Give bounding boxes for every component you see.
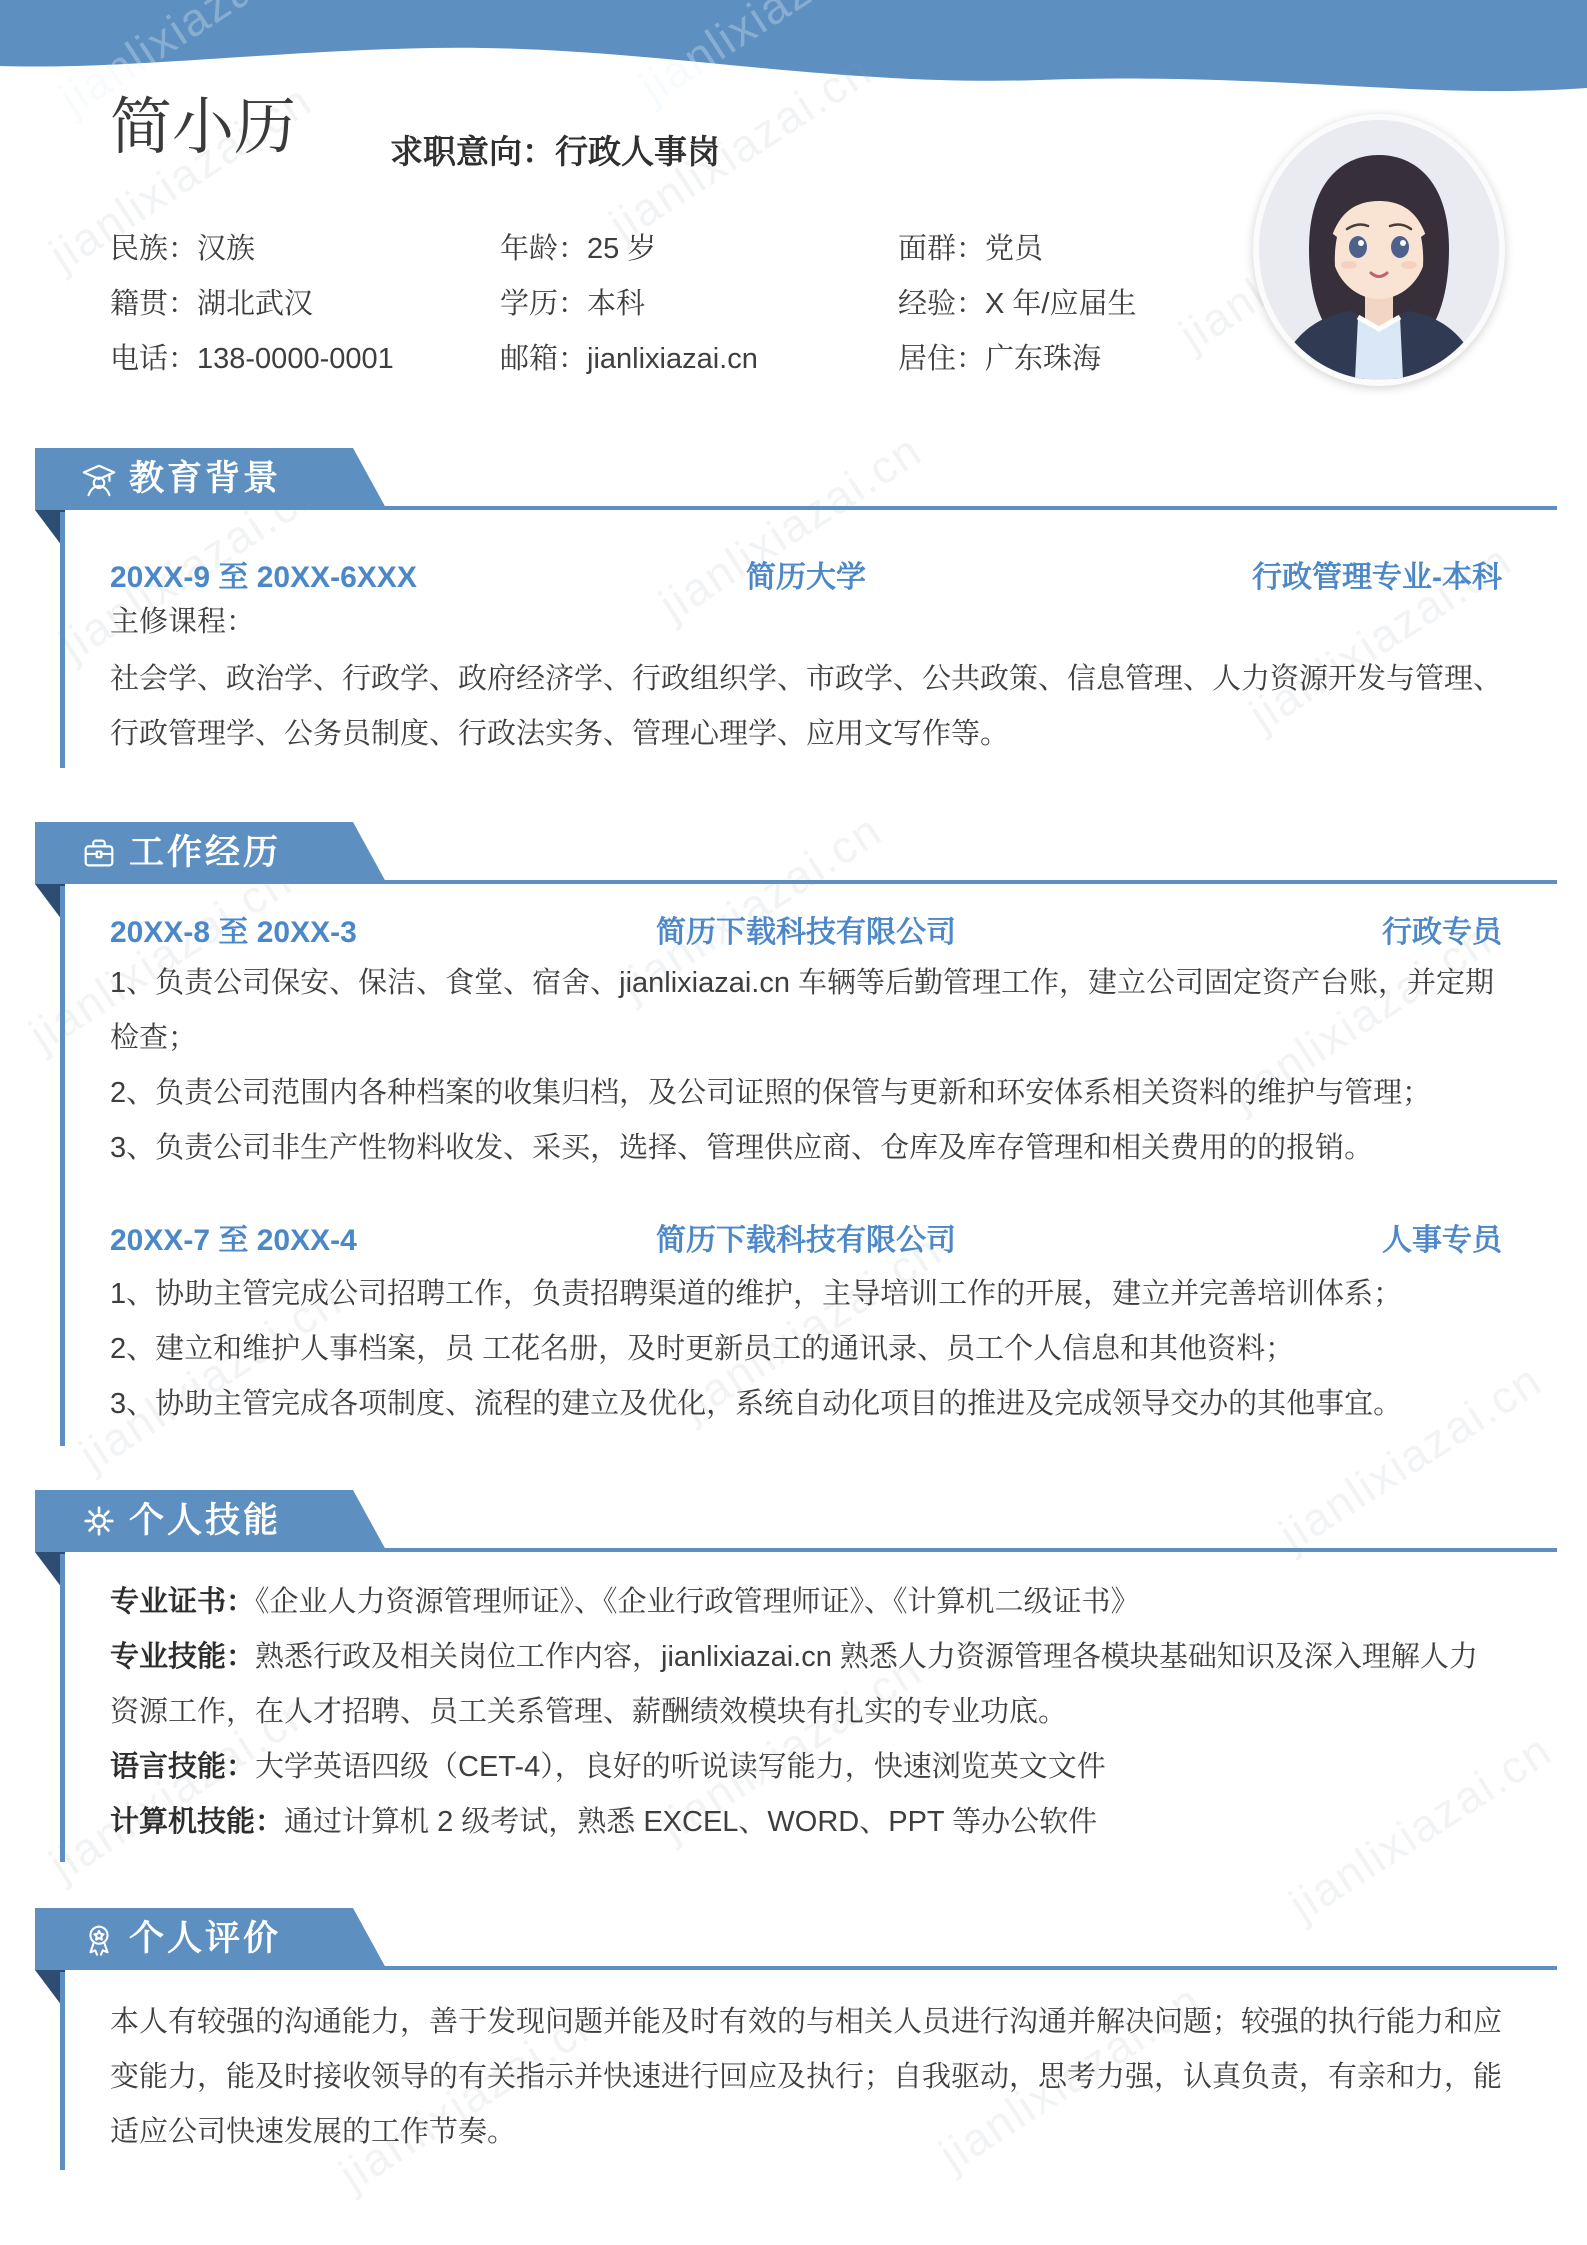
section-left-rule bbox=[60, 886, 65, 1446]
profile-field: 年龄：25 岁 bbox=[500, 222, 898, 277]
work-detail-item: 3、协助主管完成各项制度、流程的建立及优化，系统自动化项目的推进及完成领导交办的… bbox=[110, 1377, 1502, 1432]
work-entry-header: 20XX-7 至 20XX-4 简历下载科技有限公司 人事专员 bbox=[110, 1223, 1502, 1259]
profile-field: 电话：138-0000-0001 bbox=[110, 332, 500, 387]
field-value: 广东珠海 bbox=[985, 343, 1101, 375]
work-detail-item: 1、协助主管完成公司招聘工作，负责招聘渠道的维护，主导培训工作的开展，建立并完善… bbox=[110, 1267, 1502, 1322]
field-value: X 年/应届生 bbox=[985, 288, 1136, 320]
profile-field: 邮箱：jianlixiazai.cn bbox=[500, 332, 898, 387]
education-school: 简历大学 bbox=[746, 560, 866, 596]
section-left-rule bbox=[60, 1972, 65, 2170]
avatar-illustration bbox=[1259, 120, 1499, 380]
candidate-name: 简小历 bbox=[110, 92, 296, 164]
profile-field: 居住：广东珠海 bbox=[898, 332, 1270, 387]
section-header-education: 教育背景 bbox=[35, 448, 1557, 510]
evaluation-text: 本人有较强的沟通能力，善于发现问题并能及时有效的与相关人员进行沟通并解决问题；较… bbox=[110, 1995, 1502, 2160]
section-left-rule bbox=[60, 512, 65, 768]
skill-text: 通过计算机 2 级考试，熟悉 EXCEL、WORD、PPT 等办公软件 bbox=[284, 1806, 1097, 1838]
job-intent: 求职意向：行政人事岗 bbox=[390, 132, 720, 172]
skill-label: 计算机技能： bbox=[110, 1806, 284, 1838]
field-label: 居住： bbox=[898, 343, 985, 375]
profile-field: 学历：本科 bbox=[500, 277, 898, 332]
section-left-rule bbox=[60, 1554, 65, 1862]
course-list: 社会学、政治学、行政学、政府经济学、行政组织学、市政学、公共政策、信息管理、人力… bbox=[110, 652, 1502, 762]
field-label: 经验： bbox=[898, 288, 985, 320]
education-entry-header: 20XX-9 至 20XX-6XXX 简历大学 行政管理专业-本科 bbox=[110, 560, 1502, 596]
field-value: 党员 bbox=[985, 233, 1043, 265]
profile-field: 民族：汉族 bbox=[110, 222, 500, 277]
section-header-skills: 个人技能 bbox=[35, 1490, 1557, 1552]
section-title: 教育背景 bbox=[129, 460, 281, 498]
education-major: 行政管理专业-本科 bbox=[1252, 560, 1502, 596]
skill-item: 计算机技能：通过计算机 2 级考试，熟悉 EXCEL、WORD、PPT 等办公软… bbox=[110, 1795, 1502, 1850]
profile-field: 经验：X 年/应届生 bbox=[898, 277, 1270, 332]
work-detail-item: 3、负责公司非生产性物料收发、采买，选择、管理供应商、仓库及库存管理和相关费用的… bbox=[110, 1121, 1502, 1176]
skill-text: 大学英语四级（CET-4），良好的听说读写能力，快速浏览英文文件 bbox=[255, 1751, 1106, 1783]
field-label: 面群： bbox=[898, 233, 985, 265]
education-period: 20XX-9 至 20XX-6XXX bbox=[110, 560, 417, 596]
field-value: 本科 bbox=[587, 288, 645, 320]
section-ribbon: 个人技能 bbox=[35, 1490, 387, 1552]
field-label: 年龄： bbox=[500, 233, 587, 265]
profile-field: 面群：党员 bbox=[898, 222, 1270, 277]
work-detail-item: 2、负责公司范围内各种档案的收集归档，及公司证照的保管与更新和环安体系相关资料的… bbox=[110, 1066, 1502, 1121]
field-label: 电话： bbox=[110, 343, 197, 375]
work-company: 简历下载科技有限公司 bbox=[656, 1223, 956, 1259]
section-title: 个人技能 bbox=[129, 1502, 281, 1540]
work-detail-item: 2、建立和维护人事档案，员 工花名册，及时更新员工的通讯录、员工个人信息和其他资… bbox=[110, 1322, 1502, 1377]
section-ribbon: 工作经历 bbox=[35, 822, 387, 884]
work-period: 20XX-7 至 20XX-4 bbox=[110, 1223, 357, 1259]
evaluation-block: 本人有较强的沟通能力，善于发现问题并能及时有效的与相关人员进行沟通并解决问题；较… bbox=[110, 1995, 1502, 2160]
field-label: 籍贯： bbox=[110, 288, 197, 320]
profile-field: 籍贯：湖北武汉 bbox=[110, 277, 500, 332]
skill-label: 语言技能： bbox=[110, 1751, 255, 1783]
course-label: 主修课程： bbox=[110, 604, 255, 640]
section-title: 个人评价 bbox=[129, 1920, 281, 1958]
profile-info-grid: 民族：汉族 年龄：25 岁 面群：党员 籍贯：湖北武汉 学历：本科 经验：X 年… bbox=[110, 222, 1270, 387]
graduate-icon bbox=[80, 460, 118, 498]
field-label: 邮箱： bbox=[500, 343, 587, 375]
skill-label: 专业证书： bbox=[110, 1586, 255, 1618]
gear-icon bbox=[80, 1502, 118, 1540]
field-value: 25 岁 bbox=[587, 233, 656, 265]
skill-item: 语言技能：大学英语四级（CET-4），良好的听说读写能力，快速浏览英文文件 bbox=[110, 1740, 1502, 1795]
work-company: 简历下载科技有限公司 bbox=[656, 915, 956, 951]
skill-item: 专业技能：熟悉行政及相关岗位工作内容，jianlixiazai.cn 熟悉人力资… bbox=[110, 1630, 1502, 1740]
work-period: 20XX-8 至 20XX-3 bbox=[110, 915, 357, 951]
field-value: 138-0000-0001 bbox=[197, 343, 394, 375]
work-role: 行政专员 bbox=[1382, 915, 1502, 951]
briefcase-icon bbox=[80, 834, 118, 872]
skill-text: 熟悉行政及相关岗位工作内容，jianlixiazai.cn 熟悉人力资源管理各模… bbox=[110, 1641, 1478, 1728]
medal-icon bbox=[80, 1920, 118, 1958]
skill-label: 专业技能： bbox=[110, 1641, 255, 1673]
work-role: 人事专员 bbox=[1382, 1223, 1502, 1259]
work-detail-item: 1、负责公司保安、保洁、食堂、宿舍、jianlixiazai.cn 车辆等后勤管… bbox=[110, 956, 1502, 1066]
section-ribbon: 个人评价 bbox=[35, 1908, 387, 1970]
work-entry-details: 1、协助主管完成公司招聘工作，负责招聘渠道的维护，主导培训工作的开展，建立并完善… bbox=[110, 1267, 1502, 1432]
skills-list: 专业证书：《企业人力资源管理师证》、《企业行政管理师证》、《计算机二级证书》 专… bbox=[110, 1575, 1502, 1850]
skill-item: 专业证书：《企业人力资源管理师证》、《企业行政管理师证》、《计算机二级证书》 bbox=[110, 1575, 1502, 1630]
course-text: 社会学、政治学、行政学、政府经济学、行政组织学、市政学、公共政策、信息管理、人力… bbox=[110, 652, 1502, 762]
resume-page: jianlixiazai.cn jianlixiazai.cn jianlixi… bbox=[0, 0, 1587, 2245]
work-entry-header: 20XX-8 至 20XX-3 简历下载科技有限公司 行政专员 bbox=[110, 915, 1502, 951]
section-header-work: 工作经历 bbox=[35, 822, 1557, 884]
section-ribbon: 教育背景 bbox=[35, 448, 387, 510]
field-value: 汉族 bbox=[197, 233, 255, 265]
section-header-evaluation: 个人评价 bbox=[35, 1908, 1557, 1970]
field-label: 学历： bbox=[500, 288, 587, 320]
section-title: 工作经历 bbox=[129, 834, 281, 872]
work-entry-details: 1、负责公司保安、保洁、食堂、宿舍、jianlixiazai.cn 车辆等后勤管… bbox=[110, 956, 1502, 1176]
field-value: jianlixiazai.cn bbox=[587, 343, 758, 375]
field-value: 湖北武汉 bbox=[197, 288, 313, 320]
avatar bbox=[1253, 114, 1505, 386]
field-label: 民族： bbox=[110, 233, 197, 265]
skill-text: 《企业人力资源管理师证》、《企业行政管理师证》、《计算机二级证书》 bbox=[255, 1586, 1140, 1618]
